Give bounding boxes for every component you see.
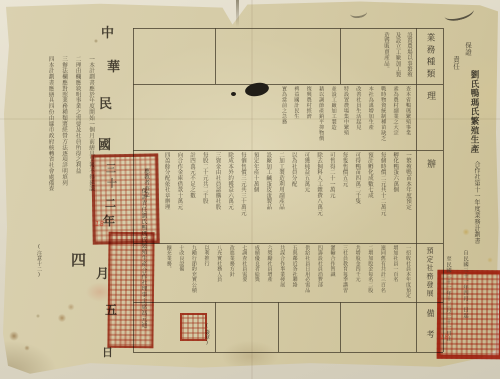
text-column: 共謀合作事業發展 xyxy=(275,245,288,300)
date-char: 民 xyxy=(99,93,112,112)
text-column: 藉以調節產銷平抑物價 xyxy=(315,86,327,148)
text-column: 特設置農場集中繁殖 xyxy=(340,86,352,148)
text-column: 二理由欄應敘明事業之需要及社員所得之利益 xyxy=(70,56,84,234)
text-column: 四盈餘分配依社章辦理 xyxy=(160,152,173,240)
text-column: 增加社員一百名 xyxy=(389,245,402,300)
text-column: 戰時物資統制種苗缺乏 xyxy=(377,86,389,148)
table-bottom-divider-2 xyxy=(278,302,279,352)
date-char: 月 xyxy=(96,263,109,282)
text-column: 向合作金庫借款十萬元 xyxy=(173,152,186,240)
text-column: 七調查社員需要 xyxy=(238,245,251,300)
date-char: 四 xyxy=(71,249,86,270)
text-column: 四本計劃書應繕具四份由縣市政府核轉省社會處備查 xyxy=(43,56,57,234)
text-column: 以為社員分配 xyxy=(287,152,300,240)
text-column: 九勵行節約充實公積 xyxy=(187,245,200,300)
table-border-bottom xyxy=(133,352,443,353)
margin-notes-text: 一本計劃書應於年度開始一個月前繕具呈報不得延誤二理由欄應敘明事業之需要及社員所得… xyxy=(42,56,97,234)
text-column: 六獎勵社員增產 xyxy=(263,245,276,300)
text-column: 四籌設社員消費部 xyxy=(313,245,326,300)
table-border-top xyxy=(133,28,443,29)
method-text: 一繁殖鴨苗本年度預定孵化鴨蛋六萬個每個時價二元共十二萬元預計孵化成數七成可得鴨苗… xyxy=(159,152,414,240)
text-column: 除去飼料人工雜費八萬元 xyxy=(312,152,325,240)
text-column: 實為當前之急務 xyxy=(278,86,290,148)
text-column: 供給社員日用必需品 xyxy=(301,245,314,300)
table-bottom-divider-1 xyxy=(215,302,216,352)
text-column: 並設工廠加工製造 xyxy=(327,86,339,148)
text-column: 改善社員生活起見 xyxy=(352,86,364,148)
date-char: 華 xyxy=(107,56,120,75)
development-text: 一招收社員本年度預定增加社員一百名連同舊有共計三百名二增加股金每名二股共增股金四… xyxy=(161,245,414,300)
text-column: 每個售價三元共三十萬元 xyxy=(236,152,249,240)
text-column: 設置農場以事繁殖 xyxy=(403,32,415,82)
handwritten-mark-right: 18 xyxy=(440,333,449,341)
text-column: 預定年產十萬個 xyxy=(249,152,262,240)
margin-note-ref: (注意十二) xyxy=(36,244,43,278)
text-column: 十改良設備 xyxy=(175,245,188,300)
text-column: 二增加股金每名二股 xyxy=(364,245,377,300)
text-column: 擴充業務。 xyxy=(162,245,175,300)
text-column: 每隻售價五元 xyxy=(338,152,351,240)
inspection-seal xyxy=(91,153,160,244)
text-column: 三資金由社員認購社股 xyxy=(211,152,224,240)
text-column: 一招收社員本年度預定 xyxy=(401,245,414,300)
scanned-document: 業務種類 理由 辦法 預定社務發展 備考 設置農場以事繁殖及設立工廠加工製造暨販… xyxy=(0,0,500,379)
text-column: 三辦法欄應對照業務種類將經營方法逐項詳明填列 xyxy=(57,56,71,234)
date-char: 國 xyxy=(98,134,111,153)
period-from: 自民國三十一年四月一日起 xyxy=(461,250,469,318)
ink-blotch-small xyxy=(231,92,236,96)
text-column: 每個時價二元共十二萬元 xyxy=(376,152,389,240)
text-column: 除成本外約獲益六萬元 xyxy=(223,152,236,240)
text-column: 本社為謀增加生產 xyxy=(364,86,376,148)
date-char: 中 xyxy=(101,22,114,41)
text-column: 查本省鴨瑪繁殖事業 xyxy=(402,86,414,148)
reason-text: 查本省鴨瑪繁殖事業素為農村副業之大宗戰時物資統制種苗缺乏本社為謀增加生產改善社員… xyxy=(276,86,414,148)
text-column: 三社員教育每季講習 xyxy=(338,245,351,300)
fold-crease-top xyxy=(236,0,239,27)
cooperative-seal xyxy=(107,232,154,348)
table-rule-row3 xyxy=(133,243,443,244)
text-column: 改進業務方針 xyxy=(225,245,238,300)
text-column: 一繁殖鴨苗本年度預定 xyxy=(401,152,414,240)
text-column: 及設立工廠加工製 xyxy=(391,32,403,82)
text-column: 復興農村經濟 xyxy=(302,86,314,148)
text-column: 可售得二十一萬元 xyxy=(325,152,338,240)
text-column: 可獲純益五萬元 xyxy=(300,152,313,240)
text-column: 每股二十元共二千股 xyxy=(198,152,211,240)
text-column: 素為農村副業之大宗 xyxy=(389,86,401,148)
text-column: 八充實社務人員 xyxy=(213,245,226,300)
classification-right: 保證 xyxy=(464,42,473,56)
table-top-divider-2 xyxy=(340,28,341,84)
text-column: 共增股金四千元 xyxy=(351,245,364,300)
text-column: 二加工製造利用副產品 xyxy=(274,152,287,240)
row-label-business-type: 業務種類 xyxy=(417,29,443,88)
text-column: 造暨販賣產品。 xyxy=(380,32,392,82)
text-column: 可得鴨苗四萬二千隻 xyxy=(350,152,363,240)
classification-left: 責任 xyxy=(452,56,461,70)
business-type-text: 設置農場以事繁殖及設立工廠加工製造暨販賣產品。 xyxy=(370,32,414,82)
text-column: 成績優良者給獎 xyxy=(250,245,263,300)
table-bottom-divider-3 xyxy=(340,302,341,352)
text-column: 裨益國計民生 xyxy=(290,86,302,148)
chairman-seal xyxy=(180,313,207,341)
text-column: 計四萬元不足之數 xyxy=(185,152,198,240)
table-rule-row4 xyxy=(133,302,443,303)
text-column: 以利推行 xyxy=(200,245,213,300)
table-rule-row1 xyxy=(133,84,443,85)
handwritten-mark-left: 18 xyxy=(95,220,104,228)
row-label-method: 辦法 xyxy=(417,151,443,250)
period-to: 至民國三十一年十二月三十一日止 xyxy=(444,256,452,342)
row-label-reason: 理由 xyxy=(417,85,443,156)
text-column: 設廠加工鹹蛋皮蛋製品 xyxy=(262,152,275,240)
table-top-divider-1 xyxy=(215,28,216,84)
text-column: 灌輸合作智識 xyxy=(326,245,339,300)
document-title: 劉氏鴨瑪氏繁殖生產 xyxy=(468,70,480,154)
table-rule-row2 xyxy=(133,150,443,151)
text-column: 連同舊有共計三百名 xyxy=(376,245,389,300)
text-column: 預計孵化成數七成 xyxy=(363,152,376,240)
text-column: 孵化鴨蛋六萬個 xyxy=(389,152,402,240)
text-column: 五與鄰近各社聯絡 xyxy=(288,245,301,300)
document-subtitle: 合作社第十一年度業務計劃書 xyxy=(472,161,481,244)
